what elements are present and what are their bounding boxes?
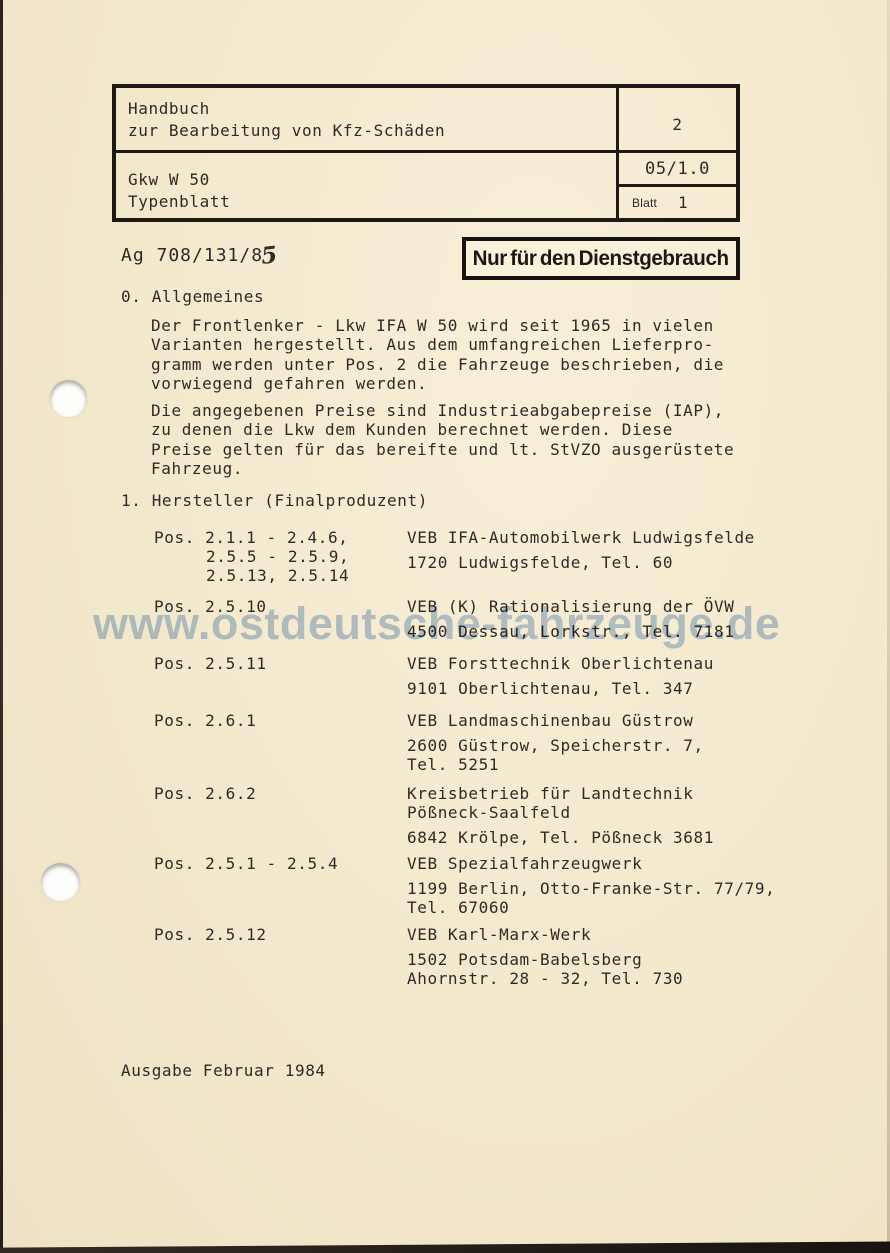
manufacturer-entry: Pos. 2.1.1 - 2.4.6,2.5.5 - 2.5.9,2.5.13,… — [154, 528, 854, 585]
company-address: 6842 Krölpe, Tel. Pößneck 3681 — [407, 828, 854, 847]
registration-number: Ag 708/131/85 — [121, 240, 278, 267]
paragraph-line: Der Frontlenker - Lkw IFA W 50 wird seit… — [151, 316, 751, 335]
position-line: Pos. 2.5.1 - 2.5.4 — [154, 854, 407, 873]
company-address-line: 6842 Krölpe, Tel. Pößneck 3681 — [407, 828, 854, 847]
company-name-line: VEB Spezialfahrzeugwerk — [407, 854, 854, 873]
sheet-number: 1 — [678, 192, 688, 214]
position-line: 2.5.5 - 2.5.9, — [154, 547, 407, 566]
paragraph: Der Frontlenker - Lkw IFA W 50 wird seit… — [151, 316, 751, 393]
position-line: Pos. 2.5.12 — [154, 925, 407, 944]
header-title-line2: zur Bearbeitung von Kfz-Schäden — [128, 120, 616, 142]
company-name-line: VEB Forsttechnik Oberlichtenau — [407, 654, 854, 673]
classification-stamp-box: Nur für den Dienstgebrauch — [462, 237, 740, 280]
company-name: VEB IFA-Automobilwerk Ludwigsfelde — [407, 528, 854, 547]
company-name-line: Pößneck-Saalfeld — [407, 803, 854, 822]
company-address-line: 9101 Oberlichtenau, Tel. 347 — [407, 679, 854, 698]
position-line: 2.5.13, 2.5.14 — [154, 566, 407, 585]
scan-bottom-edge — [0, 1239, 890, 1253]
paragraph-line: vorwiegend gefahren werden. — [151, 374, 751, 393]
position-references: Pos. 2.5.11 — [154, 654, 407, 673]
company-info: VEB Landmaschinenbau Güstrow2600 Güstrow… — [407, 711, 854, 774]
company-name-line: VEB (K) Rationalisierung der ÖVW — [407, 597, 854, 616]
punch-hole-top — [50, 380, 87, 417]
position-line: Pos. 2.5.10 — [154, 597, 407, 616]
sheet-cell: Blatt 1 — [619, 187, 736, 218]
header-title-line1: Handbuch — [128, 98, 616, 120]
company-info: VEB Karl-Marx-Werk1502 Potsdam-Babelsber… — [407, 925, 854, 988]
company-address-line: 1720 Ludwigsfelde, Tel. 60 — [407, 553, 854, 572]
section-0-paragraphs: Der Frontlenker - Lkw IFA W 50 wird seit… — [151, 316, 751, 486]
company-address-line: Ahornstr. 28 - 32, Tel. 730 — [407, 969, 854, 988]
manufacturer-entry: Pos. 2.5.11VEB Forsttechnik Oberlichtena… — [154, 654, 854, 698]
header-title-cell: Handbuch zur Bearbeitung von Kfz-Schäden — [116, 88, 619, 153]
company-address: 4500 Dessau, Lorkstr., Tel. 7181 — [407, 622, 854, 641]
manufacturer-entry: Pos. 2.5.1 - 2.5.4VEB Spezialfahrzeugwer… — [154, 854, 854, 917]
company-address: 9101 Oberlichtenau, Tel. 347 — [407, 679, 854, 698]
company-address-line: 1199 Berlin, Otto-Franke-Str. 77/79, — [407, 879, 854, 898]
company-info: VEB Forsttechnik Oberlichtenau9101 Oberl… — [407, 654, 854, 698]
position-references: Pos. 2.5.10 — [154, 597, 407, 616]
sheet-label: Blatt — [632, 192, 657, 214]
registration-handwritten-digit: 5 — [260, 241, 280, 270]
company-name: VEB Landmaschinenbau Güstrow — [407, 711, 854, 730]
company-address-line: 1502 Potsdam-Babelsberg — [407, 950, 854, 969]
chapter-number: 2 — [672, 114, 682, 136]
company-address-line: Tel. 5251 — [407, 755, 854, 774]
position-references: Pos. 2.1.1 - 2.4.6,2.5.5 - 2.5.9,2.5.13,… — [154, 528, 407, 585]
company-info: VEB IFA-Automobilwerk Ludwigsfelde1720 L… — [407, 528, 854, 572]
edition-date: Ausgabe Februar 1984 — [121, 1061, 326, 1080]
position-references: Pos. 2.6.1 — [154, 711, 407, 730]
scan-left-edge — [0, 0, 3, 1253]
section-0-heading: 0. Allgemeines — [121, 287, 264, 306]
company-address: 1199 Berlin, Otto-Franke-Str. 77/79,Tel.… — [407, 879, 854, 917]
position-line: Pos. 2.6.1 — [154, 711, 407, 730]
paragraph-line: Varianten hergestellt. Aus dem umfangrei… — [151, 335, 751, 354]
company-name-line: VEB Landmaschinenbau Güstrow — [407, 711, 854, 730]
punch-hole-bottom — [41, 863, 80, 901]
position-references: Pos. 2.5.1 - 2.5.4 — [154, 854, 407, 873]
company-address: 1502 Potsdam-BabelsbergAhornstr. 28 - 32… — [407, 950, 854, 988]
company-name-line: VEB IFA-Automobilwerk Ludwigsfelde — [407, 528, 854, 547]
company-name-line: Kreisbetrieb für Landtechnik — [407, 784, 854, 803]
paragraph: Die angegebenen Preise sind Industrieabg… — [151, 401, 751, 478]
company-info: VEB (K) Rationalisierung der ÖVW4500 Des… — [407, 597, 854, 641]
position-line: Pos. 2.6.2 — [154, 784, 407, 803]
paragraph-line: gramm werden unter Pos. 2 die Fahrzeuge … — [151, 355, 751, 374]
position-references: Pos. 2.6.2 — [154, 784, 407, 803]
manufacturer-entry: Pos. 2.5.12VEB Karl-Marx-Werk1502 Potsda… — [154, 925, 854, 988]
company-name: VEB Karl-Marx-Werk — [407, 925, 854, 944]
header-code-cell: 05/1.0 Blatt 1 — [619, 153, 736, 218]
paragraph-line: Fahrzeug. — [151, 459, 751, 478]
header-table: Handbuch zur Bearbeitung von Kfz-Schäden… — [112, 84, 740, 222]
company-address-line: 4500 Dessau, Lorkstr., Tel. 7181 — [407, 622, 854, 641]
manufacturer-entry: Pos. 2.6.1VEB Landmaschinenbau Güstrow26… — [154, 711, 854, 774]
header-subject-cell: Gkw W 50 Typenblatt — [116, 153, 619, 218]
position-line: Pos. 2.5.11 — [154, 654, 407, 673]
company-name: VEB (K) Rationalisierung der ÖVW — [407, 597, 854, 616]
company-name: VEB Spezialfahrzeugwerk — [407, 854, 854, 873]
classification-stamp-text: Nur für den Dienstgebrauch — [473, 247, 729, 271]
manufacturer-entry: Pos. 2.6.2Kreisbetrieb für LandtechnikPö… — [154, 784, 854, 847]
section-code: 05/1.0 — [619, 153, 736, 187]
registration-stamp: Ag 708/131/8 — [121, 245, 263, 266]
header-subject-line2: Typenblatt — [128, 191, 616, 213]
company-address: 1720 Ludwigsfelde, Tel. 60 — [407, 553, 854, 572]
company-address-line: Tel. 67060 — [407, 898, 854, 917]
paragraph-line: Preise gelten für das bereifte und lt. S… — [151, 440, 751, 459]
paragraph-line: zu denen die Lkw dem Kunden berechnet we… — [151, 420, 751, 439]
company-name-line: VEB Karl-Marx-Werk — [407, 925, 854, 944]
company-name: VEB Forsttechnik Oberlichtenau — [407, 654, 854, 673]
company-name: Kreisbetrieb für LandtechnikPößneck-Saal… — [407, 784, 854, 822]
manufacturer-entry: Pos. 2.5.10VEB (K) Rationalisierung der … — [154, 597, 854, 641]
position-line: Pos. 2.1.1 - 2.4.6, — [154, 528, 407, 547]
company-address: 2600 Güstrow, Speicherstr. 7,Tel. 5251 — [407, 736, 854, 774]
company-info: Kreisbetrieb für LandtechnikPößneck-Saal… — [407, 784, 854, 847]
section-1-heading: 1. Hersteller (Finalproduzent) — [121, 491, 428, 510]
company-info: VEB Spezialfahrzeugwerk1199 Berlin, Otto… — [407, 854, 854, 917]
manufacturer-entries: Pos. 2.1.1 - 2.4.6,2.5.5 - 2.5.9,2.5.13,… — [154, 528, 854, 988]
company-address-line: 2600 Güstrow, Speicherstr. 7, — [407, 736, 854, 755]
paragraph-line: Die angegebenen Preise sind Industrieabg… — [151, 401, 751, 420]
position-references: Pos. 2.5.12 — [154, 925, 407, 944]
header-chapter-cell: 2 — [619, 88, 736, 153]
header-subject-line1: Gkw W 50 — [128, 169, 616, 191]
